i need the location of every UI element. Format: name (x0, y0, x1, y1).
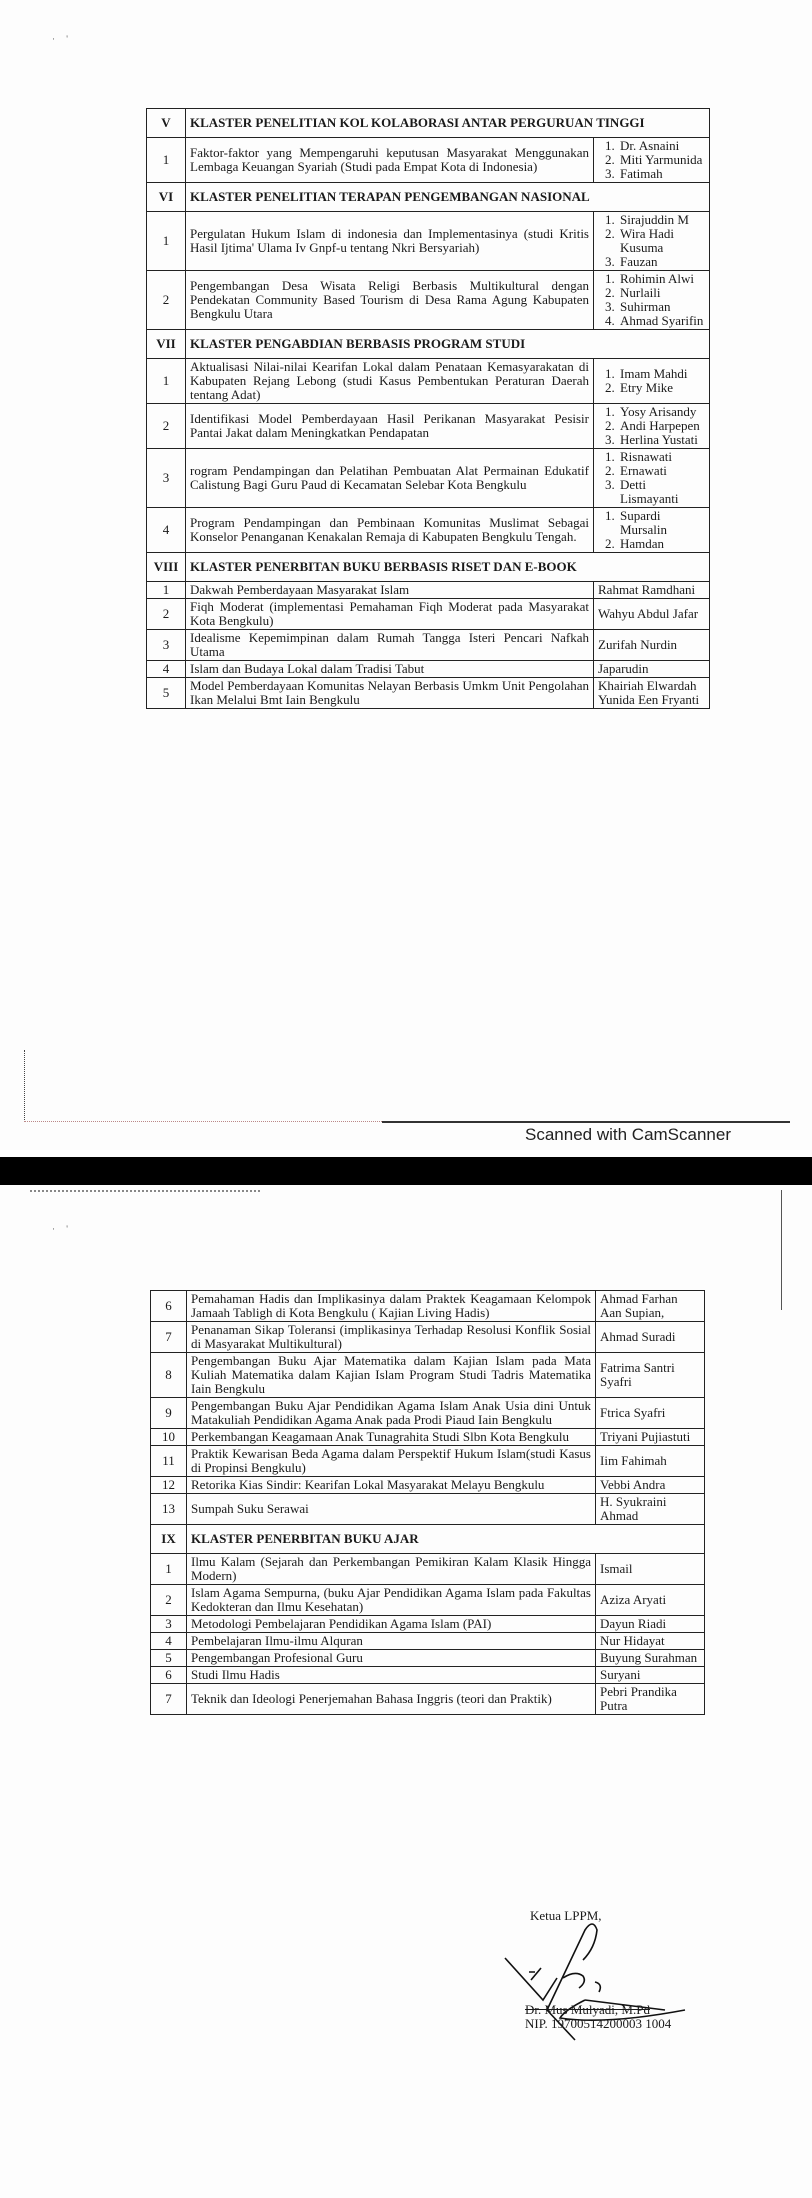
author-name: Fauzan (618, 255, 705, 269)
row-number: 2 (147, 599, 186, 630)
row-number: 7 (151, 1322, 187, 1353)
row-number: 1 (147, 138, 186, 183)
authors-cell: H. Syukraini Ahmad (596, 1494, 705, 1525)
scan-edge-line (24, 1121, 382, 1123)
table-row: 8Pengembangan Buku Ajar Matematika dalam… (151, 1353, 705, 1398)
row-number: 2 (147, 404, 186, 449)
table-row: 10Perkembangan Keagamaan Anak Tunagrahit… (151, 1429, 705, 1446)
author-name: Andi Harpepen (618, 419, 705, 433)
cluster-header-row: VKLASTER PENELITIAN KOL KOLABORASI ANTAR… (147, 109, 710, 138)
author-name: Ismail (600, 1562, 700, 1576)
authors-cell: Yosy ArisandyAndi HarpepenHerlina Yustat… (594, 404, 710, 449)
cluster-title: KLASTER PENELITIAN KOL KOLABORASI ANTAR … (186, 109, 710, 138)
author-name: Miti Yarmunida (618, 153, 705, 167)
authors-cell: Japarudin (594, 661, 710, 678)
activity-title: Praktik Kewarisan Beda Agama dalam Persp… (187, 1446, 596, 1477)
author-name: Buyung Surahman (600, 1651, 700, 1665)
author-name: Hamdan (618, 537, 705, 551)
cluster-title: KLASTER PENGABDIAN BERBASIS PROGRAM STUD… (186, 330, 710, 359)
row-number: 8 (151, 1353, 187, 1398)
authors-cell: Ahmad Suradi (596, 1322, 705, 1353)
authors-cell: RisnawatiErnawatiDetti Lismayanti (594, 449, 710, 508)
author-list: Dr. AsnainiMiti YarmunidaFatimah (598, 139, 705, 181)
author-name: Dr. Asnaini (618, 139, 705, 153)
author-name: Wahyu Abdul Jafar (598, 607, 705, 621)
cluster-table-page-1: VKLASTER PENELITIAN KOL KOLABORASI ANTAR… (146, 108, 710, 709)
author-list: RisnawatiErnawatiDetti Lismayanti (598, 450, 705, 506)
table-row: 1Dakwah Pemberdayaan Masyarakat IslamRah… (147, 582, 710, 599)
activity-title: Pengembangan Buku Ajar Pendidikan Agama … (187, 1398, 596, 1429)
authors-cell: Aziza Aryati (596, 1585, 705, 1616)
row-number: 9 (151, 1398, 187, 1429)
row-number: 1 (147, 359, 186, 404)
row-number: 3 (147, 449, 186, 508)
activity-title: Faktor-faktor yang Mempengaruhi keputusa… (186, 138, 594, 183)
table-row: 3rogram Pendampingan dan Pelatihan Pembu… (147, 449, 710, 508)
activity-title: Fiqh Moderat (implementasi Pemahaman Fiq… (186, 599, 594, 630)
author-name: Suryani (600, 1668, 700, 1682)
authors-cell: Zurifah Nurdin (594, 630, 710, 661)
row-number: 11 (151, 1446, 187, 1477)
activity-title: Metodologi Pembelajaran Pendidikan Agama… (187, 1616, 596, 1633)
authors-cell: Khairiah ElwardahYunida Een Fryanti (594, 678, 710, 709)
row-number: 1 (147, 212, 186, 271)
scan-edge-line (30, 1190, 260, 1194)
author-list: Imam MahdiEtry Mike (598, 367, 705, 395)
author-name: Dayun Riadi (600, 1617, 700, 1631)
activity-title: Identifikasi Model Pemberdayaan Hasil Pe… (186, 404, 594, 449)
camscanner-watermark: Scanned with CamScanner (525, 1125, 731, 1145)
table-row: 2Fiqh Moderat (implementasi Pemahaman Fi… (147, 599, 710, 630)
cluster-numeral: V (147, 109, 186, 138)
authors-cell: Ftrica Syafri (596, 1398, 705, 1429)
author-name: Khairiah Elwardah (598, 679, 705, 693)
activity-title: Islam dan Budaya Lokal dalam Tradisi Tab… (186, 661, 594, 678)
authors-cell: Suryani (596, 1667, 705, 1684)
table-row: 4Program Pendampingan dan Pembinaan Komu… (147, 508, 710, 553)
row-number: 2 (147, 271, 186, 330)
activity-title: Program Pendampingan dan Pembinaan Komun… (186, 508, 594, 553)
scan-speck: · ' (52, 34, 68, 44)
table-row: 4Pembelajaran Ilmu-ilmu AlquranNur Hiday… (151, 1633, 705, 1650)
table-row: 3Idealisme Kepemimpinan dalam Rumah Tang… (147, 630, 710, 661)
activity-title: Pemahaman Hadis dan Implikasinya dalam P… (187, 1291, 596, 1322)
cluster-title: KLASTER PENERBITAN BUKU BERBASIS RISET D… (186, 553, 710, 582)
author-name: Ahmad Suradi (600, 1330, 700, 1344)
row-number: 5 (151, 1650, 187, 1667)
cluster-title: KLASTER PENELITIAN TERAPAN PENGEMBANGAN … (186, 183, 710, 212)
activity-title: Ilmu Kalam (Sejarah dan Perkembangan Pem… (187, 1554, 596, 1585)
table-row: 1Pergulatan Hukum Islam di indonesia dan… (147, 212, 710, 271)
row-number: 4 (151, 1633, 187, 1650)
table-row: 2Pengembangan Desa Wisata Religi Berbasi… (147, 271, 710, 330)
signatory-role: Ketua LPPM, (530, 1908, 602, 1924)
scan-speck: · ' (52, 1224, 68, 1234)
activity-title: Perkembangan Keagamaan Anak Tunagrahita … (187, 1429, 596, 1446)
activity-title: Sumpah Suku Serawai (187, 1494, 596, 1525)
activity-title: Penanaman Sikap Toleransi (implikasinya … (187, 1322, 596, 1353)
author-list: Rohimin AlwiNurlailiSuhirmanAhmad Syarif… (598, 272, 705, 328)
row-number: 6 (151, 1667, 187, 1684)
activity-title: Aktualisasi Nilai-nilai Kearifan Lokal d… (186, 359, 594, 404)
author-name: Ernawati (618, 464, 705, 478)
row-number: 12 (151, 1477, 187, 1494)
authors-cell: Wahyu Abdul Jafar (594, 599, 710, 630)
scan-edge (781, 1190, 782, 1310)
author-name: Rahmat Ramdhani (598, 583, 705, 597)
table-row: 1Faktor-faktor yang Mempengaruhi keputus… (147, 138, 710, 183)
table-row: 9Pengembangan Buku Ajar Pendidikan Agama… (151, 1398, 705, 1429)
author-name: H. Syukraini Ahmad (600, 1495, 700, 1523)
author-name: Herlina Yustati (618, 433, 705, 447)
author-name: Zurifah Nurdin (598, 638, 705, 652)
activity-title: Pengembangan Desa Wisata Religi Berbasis… (186, 271, 594, 330)
activity-title: Pengembangan Buku Ajar Matematika dalam … (187, 1353, 596, 1398)
author-name: Detti Lismayanti (618, 478, 705, 506)
row-number: 5 (147, 678, 186, 709)
scan-edge (24, 1050, 26, 1120)
table-row: 11Praktik Kewarisan Beda Agama dalam Per… (151, 1446, 705, 1477)
author-list: Yosy ArisandyAndi HarpepenHerlina Yustat… (598, 405, 705, 447)
row-number: 3 (151, 1616, 187, 1633)
table-row: 13Sumpah Suku SerawaiH. Syukraini Ahmad (151, 1494, 705, 1525)
author-list: Sirajuddin MWira Hadi KusumaFauzan (598, 213, 705, 269)
author-name: Vebbi Andra (600, 1478, 700, 1492)
author-name: Yunida Een Fryanti (598, 693, 705, 707)
authors-cell: Vebbi Andra (596, 1477, 705, 1494)
author-name: Fatimah (618, 167, 705, 181)
cluster-header-row: IXKLASTER PENERBITAN BUKU AJAR (151, 1525, 705, 1554)
activity-title: Dakwah Pemberdayaan Masyarakat Islam (186, 582, 594, 599)
authors-cell: Iim Fahimah (596, 1446, 705, 1477)
author-name: Fatrima Santri Syafri (600, 1361, 700, 1389)
author-name: Iim Fahimah (600, 1454, 700, 1468)
page-separator-bar (0, 1157, 812, 1185)
activity-title: Islam Agama Sempurna, (buku Ajar Pendidi… (187, 1585, 596, 1616)
activity-title: Pergulatan Hukum Islam di indonesia dan … (186, 212, 594, 271)
author-name: Sirajuddin M (618, 213, 705, 227)
cluster-header-row: VIIIKLASTER PENERBITAN BUKU BERBASIS RIS… (147, 553, 710, 582)
table-row: 1Ilmu Kalam (Sejarah dan Perkembangan Pe… (151, 1554, 705, 1585)
author-name: Japarudin (598, 662, 705, 676)
author-name: Wira Hadi Kusuma (618, 227, 705, 255)
table-row: 12Retorika Kias Sindir: Kearifan Lokal M… (151, 1477, 705, 1494)
row-number: 1 (151, 1554, 187, 1585)
signatory-nip: NIP. 19700514200003 1004 (525, 2016, 671, 2032)
table-row: 5Model Pemberdayaan Komunitas Nelayan Be… (147, 678, 710, 709)
cluster-header-row: VIKLASTER PENELITIAN TERAPAN PENGEMBANGA… (147, 183, 710, 212)
authors-cell: Rahmat Ramdhani (594, 582, 710, 599)
row-number: 4 (147, 661, 186, 678)
table-row: 6Pemahaman Hadis dan Implikasinya dalam … (151, 1291, 705, 1322)
row-number: 13 (151, 1494, 187, 1525)
author-name: Imam Mahdi (618, 367, 705, 381)
table-row: 4Islam dan Budaya Lokal dalam Tradisi Ta… (147, 661, 710, 678)
row-number: 10 (151, 1429, 187, 1446)
author-name: Yosy Arisandy (618, 405, 705, 419)
authors-cell: Nur Hidayat (596, 1633, 705, 1650)
table-row: 6Studi Ilmu HadisSuryani (151, 1667, 705, 1684)
author-name: Ahmad Farhan Aan Supian, (600, 1292, 700, 1320)
row-number: 6 (151, 1291, 187, 1322)
author-name: Aziza Aryati (600, 1593, 700, 1607)
activity-title: Studi Ilmu Hadis (187, 1667, 596, 1684)
cluster-numeral: IX (151, 1525, 187, 1554)
authors-cell: Fatrima Santri Syafri (596, 1353, 705, 1398)
activity-title: Model Pemberdayaan Komunitas Nelayan Ber… (186, 678, 594, 709)
authors-cell: Rohimin AlwiNurlailiSuhirmanAhmad Syarif… (594, 271, 710, 330)
row-number: 7 (151, 1684, 187, 1715)
author-name: Etry Mike (618, 381, 705, 395)
cluster-numeral: VIII (147, 553, 186, 582)
authors-cell: Ismail (596, 1554, 705, 1585)
authors-cell: Dr. AsnainiMiti YarmunidaFatimah (594, 138, 710, 183)
cluster-title: KLASTER PENERBITAN BUKU AJAR (187, 1525, 705, 1554)
authors-cell: Buyung Surahman (596, 1650, 705, 1667)
author-name: Triyani Pujiastuti (600, 1430, 700, 1444)
activity-title: Pengembangan Profesional Guru (187, 1650, 596, 1667)
author-name: Rohimin Alwi (618, 272, 705, 286)
table-row: 7Penanaman Sikap Toleransi (implikasinya… (151, 1322, 705, 1353)
author-name: Nurlaili (618, 286, 705, 300)
scan-edge-line (382, 1121, 790, 1124)
row-number: 4 (147, 508, 186, 553)
activity-title: Pembelajaran Ilmu-ilmu Alquran (187, 1633, 596, 1650)
cluster-header-row: VIIKLASTER PENGABDIAN BERBASIS PROGRAM S… (147, 330, 710, 359)
row-number: 2 (151, 1585, 187, 1616)
row-number: 3 (147, 630, 186, 661)
row-number: 1 (147, 582, 186, 599)
author-list: Supardi MursalinHamdan (598, 509, 705, 551)
authors-cell: Sirajuddin MWira Hadi KusumaFauzan (594, 212, 710, 271)
activity-title: Idealisme Kepemimpinan dalam Rumah Tangg… (186, 630, 594, 661)
authors-cell: Imam MahdiEtry Mike (594, 359, 710, 404)
table-row: 2Identifikasi Model Pemberdayaan Hasil P… (147, 404, 710, 449)
authors-cell: Ahmad Farhan Aan Supian, (596, 1291, 705, 1322)
author-name: Ftrica Syafri (600, 1406, 700, 1420)
activity-title: rogram Pendampingan dan Pelatihan Pembua… (186, 449, 594, 508)
cluster-numeral: VII (147, 330, 186, 359)
table-row: 3Metodologi Pembelajaran Pendidikan Agam… (151, 1616, 705, 1633)
authors-cell: Pebri Prandika Putra (596, 1684, 705, 1715)
author-name: Pebri Prandika Putra (600, 1685, 700, 1713)
authors-cell: Supardi MursalinHamdan (594, 508, 710, 553)
cluster-table-page-2: 6Pemahaman Hadis dan Implikasinya dalam … (150, 1290, 705, 1715)
author-name: Suhirman (618, 300, 705, 314)
author-name: Supardi Mursalin (618, 509, 705, 537)
table-row: 7Teknik dan Ideologi Penerjemahan Bahasa… (151, 1684, 705, 1715)
author-name: Risnawati (618, 450, 705, 464)
table-row: 5Pengembangan Profesional GuruBuyung Sur… (151, 1650, 705, 1667)
table-row: 2Islam Agama Sempurna, (buku Ajar Pendid… (151, 1585, 705, 1616)
table-row: 1Aktualisasi Nilai-nilai Kearifan Lokal … (147, 359, 710, 404)
authors-cell: Dayun Riadi (596, 1616, 705, 1633)
authors-cell: Triyani Pujiastuti (596, 1429, 705, 1446)
activity-title: Teknik dan Ideologi Penerjemahan Bahasa … (187, 1684, 596, 1715)
activity-title: Retorika Kias Sindir: Kearifan Lokal Mas… (187, 1477, 596, 1494)
author-name: Nur Hidayat (600, 1634, 700, 1648)
author-name: Ahmad Syarifin (618, 314, 705, 328)
cluster-numeral: VI (147, 183, 186, 212)
